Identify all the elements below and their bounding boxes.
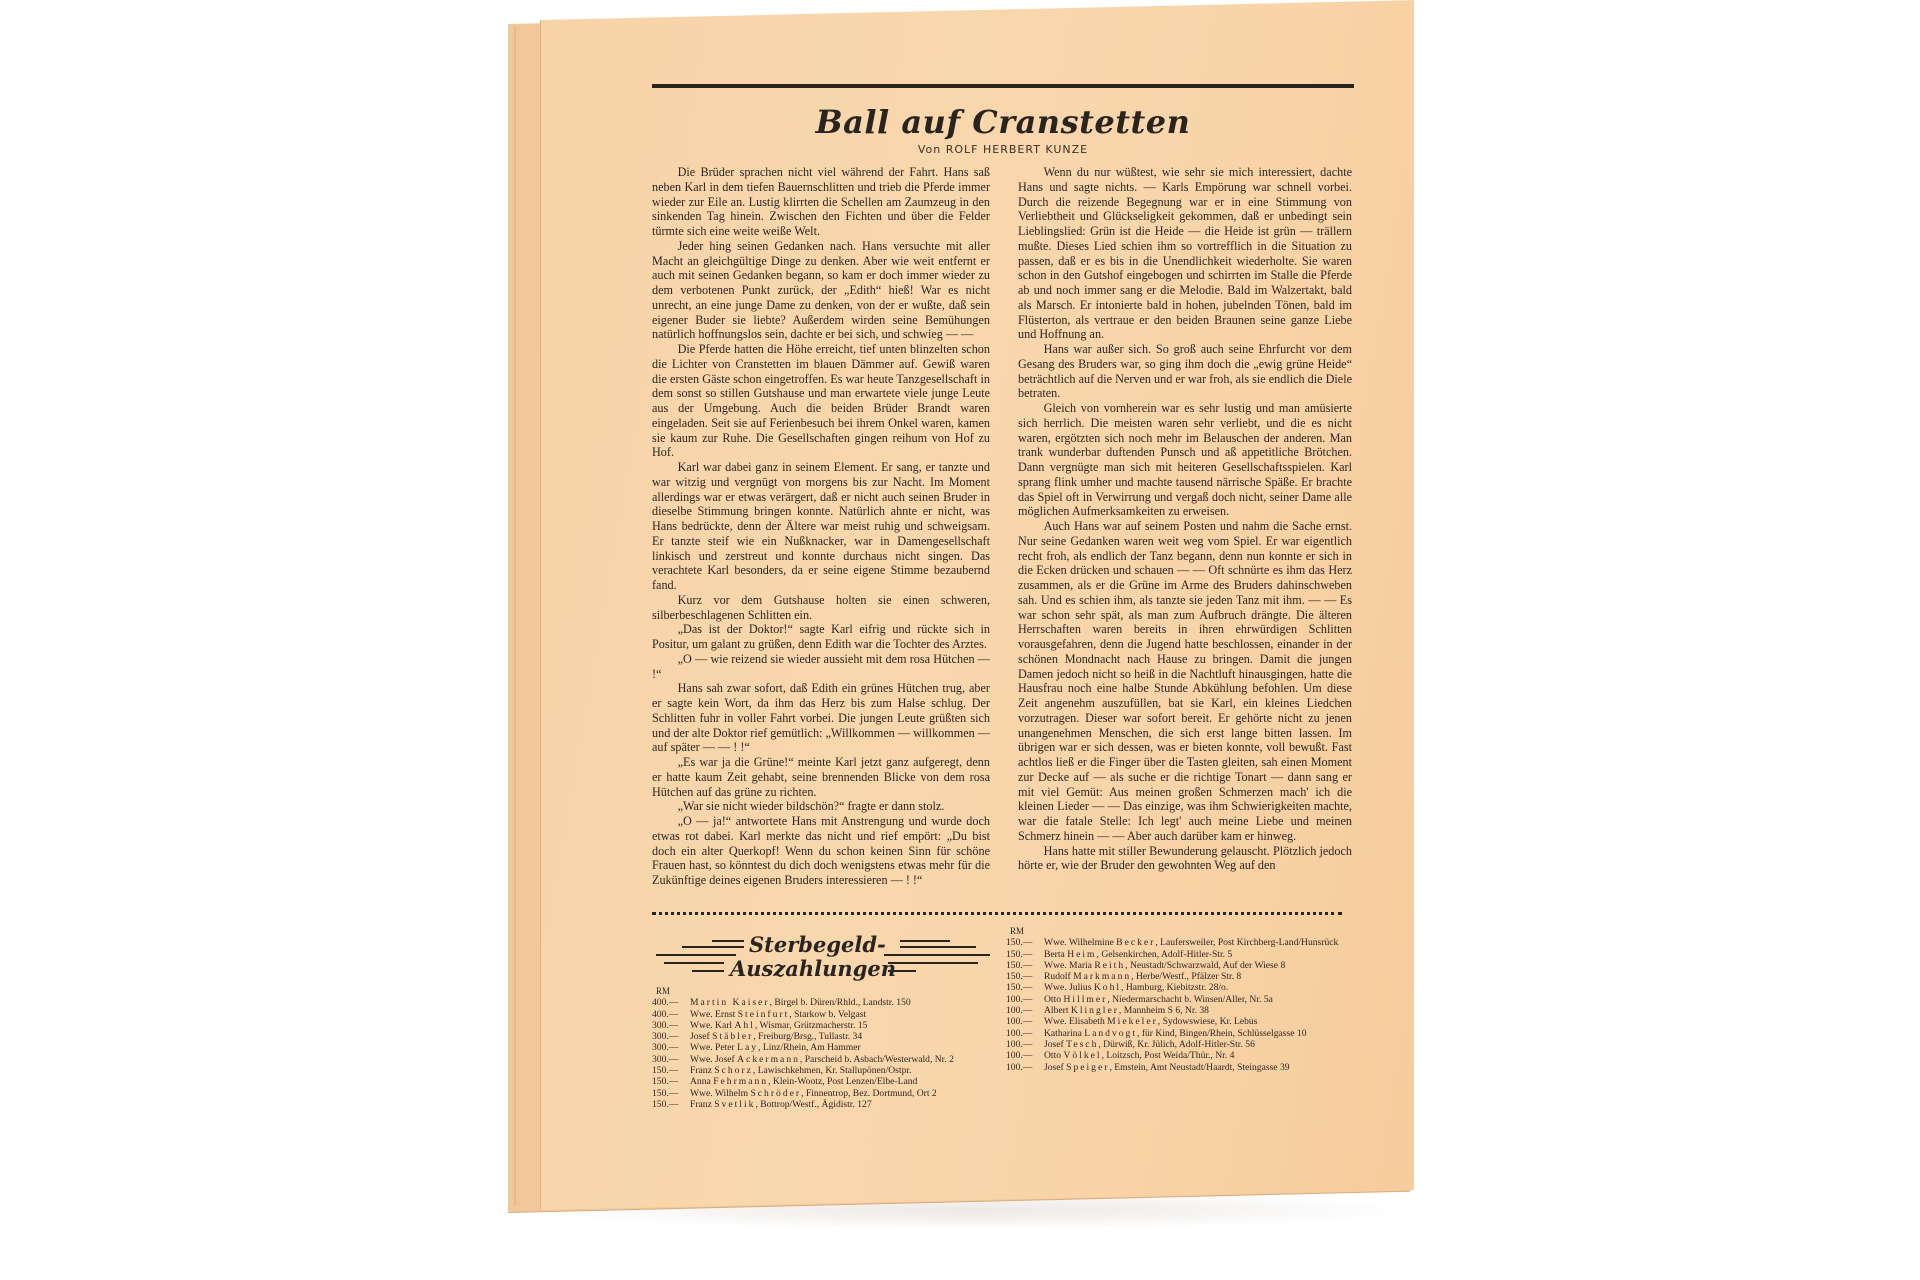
payout-amount: 300.— xyxy=(652,1054,678,1065)
payout-entry: 150.—Wwe. Wilhelmine Becker, Laufersweil… xyxy=(1006,937,1346,948)
payout-surname: Ahl xyxy=(734,1020,754,1031)
payout-amount: 150.— xyxy=(652,1065,678,1076)
payouts-heading: Sterbegeld- Auszahlungen xyxy=(652,930,992,988)
article-paragraph: Jeder hing seinen Gedanken nach. Hans ve… xyxy=(652,239,990,342)
speed-line xyxy=(900,940,950,942)
payout-surname: Reith xyxy=(1094,960,1125,971)
payout-address: , Sydowswiese, Kr. Lebus xyxy=(1158,1016,1258,1027)
payout-amount: 150.— xyxy=(652,1099,678,1110)
payout-address: , Hamburg, Kiebitzstr. 28/o. xyxy=(1121,982,1228,993)
payout-amount: 150.— xyxy=(652,1076,678,1087)
payout-prefix: Berta xyxy=(1044,949,1067,960)
speed-line xyxy=(692,970,724,972)
article-paragraph: Die Brüder sprachen nicht viel während d… xyxy=(652,165,990,239)
payout-prefix: Katharina xyxy=(1044,1028,1084,1039)
speed-line xyxy=(682,946,744,948)
payout-entry: 400.—Wwe. Ernst Steinfurt, Starkow b. Ve… xyxy=(652,1009,992,1020)
speed-line xyxy=(664,962,724,964)
payout-address: , Birgel b. Düren/Rhld., Landstr. 150 xyxy=(770,997,911,1008)
payout-address: , Freiburg/Brsg., Tullastr. 34 xyxy=(753,1031,862,1042)
payout-entry: 300.—Wwe. Josef Ackermann, Parscheid b. … xyxy=(652,1054,992,1065)
payout-amount: 100.— xyxy=(1006,1016,1032,1027)
payout-amount: 100.— xyxy=(1006,1005,1032,1016)
payout-surname: Svetlik xyxy=(714,1099,755,1110)
article-paragraph: Hans war außer sich. So groß auch seine … xyxy=(1018,342,1352,401)
payout-prefix: Josef xyxy=(1044,1062,1066,1073)
payout-entry: 150.—Wwe. Maria Reith, Neustadt/Schwarzw… xyxy=(1006,960,1346,971)
article-paragraph: Auch Hans war auf seinem Posten und nahm… xyxy=(1018,519,1352,844)
article-paragraph: „O — wie reizend sie wieder aussieht mit… xyxy=(652,652,990,682)
article-paragraph: Wenn du nur wüßtest, wie sehr sie mich i… xyxy=(1018,165,1352,342)
payout-surname: Miekeler xyxy=(1107,1016,1158,1027)
payout-amount: 100.— xyxy=(1006,1039,1032,1050)
speed-line xyxy=(900,946,976,948)
payout-amount: 100.— xyxy=(1006,994,1032,1005)
payout-address: , Neustadt/Schwarzwald, Auf der Wiese 8 xyxy=(1125,960,1285,971)
payout-address: , für Kind, Bingen/Rhein, Schlüsselgasse… xyxy=(1137,1028,1306,1039)
payout-prefix: Josef xyxy=(690,1031,712,1042)
currency-label: RM xyxy=(1006,926,1346,937)
payout-amount: 300.— xyxy=(652,1020,678,1031)
payout-address: , Klein-Wootz, Post Lenzen/Elbe-Land xyxy=(768,1076,917,1087)
payout-surname: Lay xyxy=(737,1042,758,1053)
payout-amount: 400.— xyxy=(652,997,678,1008)
spine-fold xyxy=(514,26,516,1206)
payout-entry: 100.—Otto Hillmer, Niedermarschacht b. W… xyxy=(1006,994,1346,1005)
payout-prefix: Otto xyxy=(1044,1050,1063,1061)
article-paragraph: Karl war dabei ganz in seinem Element. E… xyxy=(652,460,990,593)
article-paragraph: Hans hatte mit stiller Bewunderung gelau… xyxy=(1018,844,1352,874)
speed-line xyxy=(712,940,744,942)
payout-surname: Becker xyxy=(1116,937,1155,948)
article-paragraph: Die Pferde hatten die Höhe erreicht, tie… xyxy=(652,342,990,460)
payout-surname: Fehrmann xyxy=(713,1076,768,1087)
article-byline: Von ROLF HERBERT KUNZE xyxy=(652,143,1354,156)
payout-surname: Martin Kaiser xyxy=(690,997,770,1008)
payout-address: , Wismar, Grützmacherstr. 15 xyxy=(755,1020,868,1031)
payout-prefix: Rudolf xyxy=(1044,971,1073,982)
article-paragraph: Kurz vor dem Gutshause holten sie einen … xyxy=(652,593,990,623)
payout-entry: 100.—Katharina Landvogt, für Kind, Binge… xyxy=(1006,1028,1346,1039)
dotted-divider xyxy=(652,912,1342,915)
payout-address: , Dürwiß, Kr. Jülich, Adolf-Hitler-Str. … xyxy=(1098,1039,1255,1050)
payout-surname: Stäbler xyxy=(712,1031,753,1042)
payout-entry: 150.—Anna Fehrmann, Klein-Wootz, Post Le… xyxy=(652,1076,992,1087)
article-paragraph: „War sie nicht wieder bildschön?“ fragte… xyxy=(652,799,990,814)
article-paragraph: „Das ist der Doktor!“ sagte Karl eifrig … xyxy=(652,622,990,652)
payout-entry: 150.—Franz Schorz, Lawischkehmen, Kr. St… xyxy=(652,1065,992,1076)
payout-entry: 150.—Berta Heim, Gelsenkirchen, Adolf-Hi… xyxy=(1006,949,1346,960)
payout-surname: Markmann xyxy=(1073,971,1131,982)
payout-amount: 150.— xyxy=(1006,937,1032,948)
payout-prefix: Franz xyxy=(690,1065,714,1076)
payout-address: , Gelsenkirchen, Adolf-Hitler-Str. 5 xyxy=(1097,949,1233,960)
payout-address: , Niedermarschacht b. Winsen/Aller, Nr. … xyxy=(1107,994,1273,1005)
payout-address: , Parscheid b. Asbach/Westerwald, Nr. 2 xyxy=(800,1054,954,1065)
payout-surname: Schorz xyxy=(714,1065,753,1076)
payout-entry: 100.—Otto Völkel, Loitzsch, Post Weida/T… xyxy=(1006,1050,1346,1061)
payout-amount: 100.— xyxy=(1006,1062,1032,1073)
payout-address: , Mannheim S 6, Nr. 38 xyxy=(1119,1005,1209,1016)
payout-prefix: Franz xyxy=(690,1099,714,1110)
payout-amount: 150.— xyxy=(652,1088,678,1099)
payout-entry: 150.—Wwe. Wilhelm Schröder, Finnentrop, … xyxy=(652,1088,992,1099)
payout-prefix: Wwe. Josef xyxy=(690,1054,737,1065)
currency-label: RM xyxy=(652,986,992,997)
payout-prefix: Wwe. Ernst xyxy=(690,1009,738,1020)
payout-surname: Speiger xyxy=(1066,1062,1109,1073)
payout-surname: Tesch xyxy=(1066,1039,1098,1050)
speed-line xyxy=(656,954,736,956)
payout-prefix: Wwe. Karl xyxy=(690,1020,734,1031)
payout-surname: Völkel xyxy=(1063,1050,1101,1061)
payout-entry: 100.—Albert Klingler, Mannheim S 6, Nr. … xyxy=(1006,1005,1346,1016)
payout-amount: 100.— xyxy=(1006,1050,1032,1061)
payout-amount: 300.— xyxy=(652,1031,678,1042)
payout-surname: Steinfurt xyxy=(738,1009,790,1020)
article-paragraph: Hans sah zwar sofort, daß Edith ein grün… xyxy=(652,681,990,755)
payout-prefix: Wwe. Maria xyxy=(1044,960,1094,971)
payout-amount: 400.— xyxy=(652,1009,678,1020)
payout-address: , Starkow b. Velgast xyxy=(789,1009,866,1020)
payout-entry: 300.—Wwe. Peter Lay, Linz/Rhein, Am Hamm… xyxy=(652,1042,992,1053)
payouts-list-left: RM 400.—Martin Kaiser, Birgel b. Düren/R… xyxy=(652,986,992,1110)
payout-surname: Kohl xyxy=(1094,982,1121,993)
payout-surname: Schröder xyxy=(750,1088,801,1099)
payout-entry: 150.—Rudolf Markmann, Herbe/Westf., Pfäl… xyxy=(1006,971,1346,982)
payout-entry: 100.—Josef Tesch, Dürwiß, Kr. Jülich, Ad… xyxy=(1006,1039,1346,1050)
payout-amount: 300.— xyxy=(652,1042,678,1053)
payout-entry: 100.—Josef Speiger, Emstein, Amt Neustad… xyxy=(1006,1062,1346,1073)
payouts-list-right: RM 150.—Wwe. Wilhelmine Becker, Laufersw… xyxy=(1006,926,1346,1073)
payout-address: , Herbe/Westf., Pfälzer Str. 8 xyxy=(1131,971,1241,982)
payout-surname: Landvogt xyxy=(1084,1028,1137,1039)
payout-prefix: Anna xyxy=(690,1076,713,1087)
payout-address: , Loitzsch, Post Weida/Thür., Nr. 4 xyxy=(1102,1050,1235,1061)
payout-address: , Bottrop/Westf., Ägidistr. 127 xyxy=(755,1099,871,1110)
payout-prefix: Wwe. Peter xyxy=(690,1042,737,1053)
article-paragraph: „O — ja!“ antwortete Hans mit Anstrengun… xyxy=(652,814,990,888)
article-column-left: Die Brüder sprachen nicht viel während d… xyxy=(652,165,990,888)
payout-surname: Klingler xyxy=(1071,1005,1119,1016)
speed-line xyxy=(884,954,990,956)
payout-prefix: Otto xyxy=(1044,994,1063,1005)
article-paragraph: Gleich von vornherein war es sehr lustig… xyxy=(1018,401,1352,519)
payout-prefix: Wwe. Julius xyxy=(1044,982,1094,993)
payout-entry: 300.—Josef Stäbler, Freiburg/Brsg., Tull… xyxy=(652,1031,992,1042)
payout-address: , Emstein, Amt Neustadt/Haardt, Steingas… xyxy=(1109,1062,1289,1073)
payout-amount: 150.— xyxy=(1006,949,1032,960)
payout-entry: 400.—Martin Kaiser, Birgel b. Düren/Rhld… xyxy=(652,997,992,1008)
payout-surname: Heim xyxy=(1067,949,1096,960)
payout-prefix: Wwe. Elisabeth xyxy=(1044,1016,1107,1027)
top-rule xyxy=(652,84,1354,88)
payout-amount: 150.— xyxy=(1006,971,1032,982)
payout-entry: 300.—Wwe. Karl Ahl, Wismar, Grützmachers… xyxy=(652,1020,992,1031)
payouts-heading-line1: Sterbegeld- xyxy=(749,932,886,957)
payout-address: , Laufersweiler, Post Kirchberg-Land/Hun… xyxy=(1155,937,1338,948)
payout-prefix: Wwe. Wilhelmine xyxy=(1044,937,1116,948)
payout-prefix: Albert xyxy=(1044,1005,1071,1016)
payout-surname: Ackermann xyxy=(737,1054,800,1065)
payout-prefix: Wwe. Wilhelm xyxy=(690,1088,750,1099)
payout-amount: 100.— xyxy=(1006,1028,1032,1039)
payout-entry: 150.—Wwe. Julius Kohl, Hamburg, Kiebitzs… xyxy=(1006,982,1346,993)
article-column-right: Wenn du nur wüßtest, wie sehr sie mich i… xyxy=(1018,165,1352,873)
payout-amount: 150.— xyxy=(1006,982,1032,993)
speed-line xyxy=(888,962,978,964)
payout-amount: 150.— xyxy=(1006,960,1032,971)
payouts-heading-line2: Auszahlungen xyxy=(730,956,896,981)
payout-prefix: Josef xyxy=(1044,1039,1066,1050)
article-paragraph: „Es war ja die Grüne!“ meinte Karl jetzt… xyxy=(652,755,990,799)
payout-address: , Finnentrop, Bez. Dortmund, Ort 2 xyxy=(801,1088,937,1099)
payout-entry: 100.—Wwe. Elisabeth Miekeler, Sydowswies… xyxy=(1006,1016,1346,1027)
payout-address: , Lawischkehmen, Kr. Stallupönen/Ostpr. xyxy=(753,1065,912,1076)
article-title: Ball auf Cranstetten xyxy=(652,103,1354,141)
payout-address: , Linz/Rhein, Am Hammer xyxy=(758,1042,861,1053)
payout-entry: 150.—Franz Svetlik, Bottrop/Westf., Ägid… xyxy=(652,1099,992,1110)
payout-surname: Hillmer xyxy=(1063,994,1107,1005)
